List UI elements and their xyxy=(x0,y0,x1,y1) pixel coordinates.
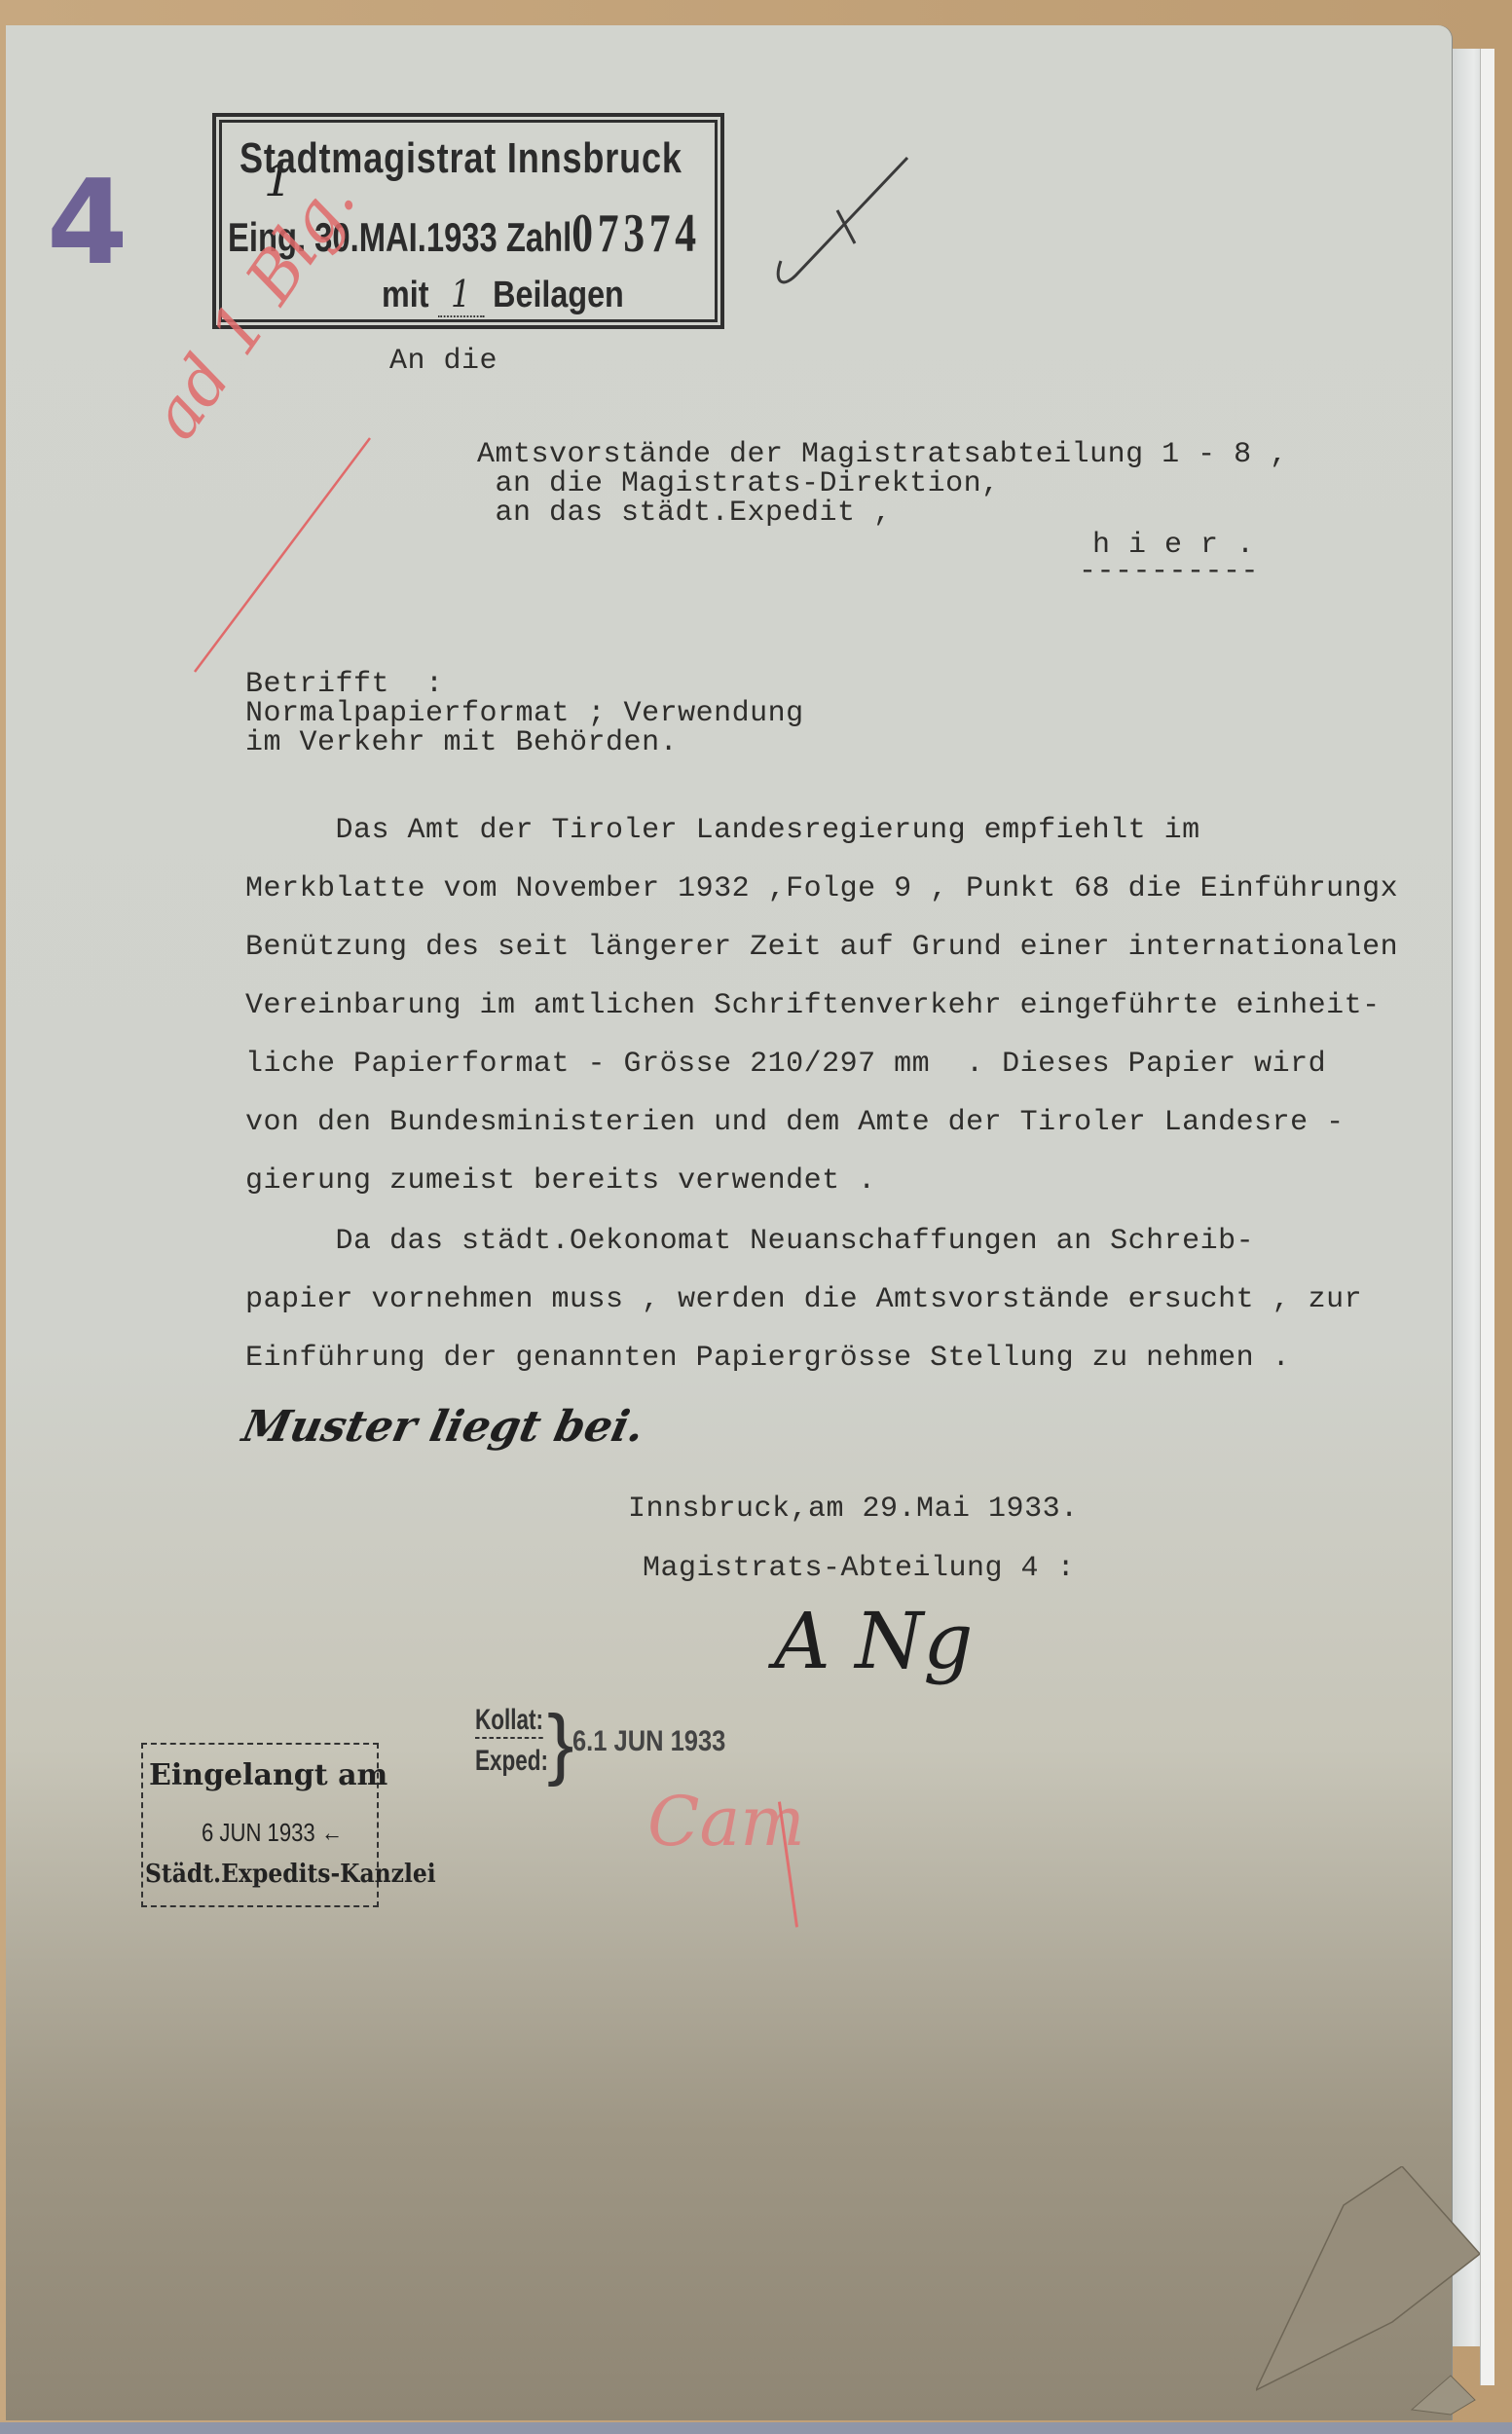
subject-line-2: im Verkehr mit Behörden. xyxy=(245,728,678,757)
body-line: Da das städt.Oekonomat Neuanschaffungen … xyxy=(245,1227,1254,1256)
body-line: gierung zumeist bereits verwendet . xyxy=(245,1166,876,1196)
folded-corner xyxy=(1256,2166,1480,2419)
addressee-line-1: Amtsvorstände der Magistratsabteilung 1 … xyxy=(477,440,1288,469)
addressee-line-3: an das städt.Expedit , xyxy=(477,498,892,528)
received-stamp-date: 6 JUN 1933 ← xyxy=(202,1818,343,1848)
underlying-sheet-edge xyxy=(1480,49,1494,2385)
body-line: Benützung des seit längerer Zeit auf Gru… xyxy=(245,933,1398,962)
addressee-line-2: an die Magistrats-Direktion, xyxy=(477,469,1000,498)
body-line: Einführung der genannten Papiergrösse St… xyxy=(245,1344,1290,1373)
location-underline: ---------- xyxy=(1079,557,1259,586)
stamp-attachments-count: 1 xyxy=(437,273,484,317)
place-date: Innsbruck,am 29.Mai 1933. xyxy=(628,1494,1079,1524)
stamp-beilagen-label: Beilagen xyxy=(493,275,624,315)
stamp-attachments-line: mit 1 Beilagen xyxy=(382,273,624,316)
body-line: Vereinbarung im amtlichen Schriftenverke… xyxy=(245,991,1381,1020)
body-line: Merkblatte vom November 1932 ,Folge 9 , … xyxy=(245,874,1398,904)
arrow-left-icon: ← xyxy=(321,1818,343,1847)
red-diagonal-line xyxy=(185,428,380,682)
body-line: Das Amt der Tiroler Landesregierung empf… xyxy=(245,816,1200,845)
table-surface xyxy=(0,2422,1512,2434)
received-stamp: Eingelangt am 6 JUN 1933 ← Städt.Expedit… xyxy=(141,1743,379,1907)
subject-label: Betrifft : xyxy=(245,670,444,699)
received-stamp-office: Städt.Expedits-Kanzlei xyxy=(145,1860,436,1889)
purple-file-number: 4 xyxy=(47,156,129,291)
subject-line-1: Normalpapierformat ; Verwendung xyxy=(245,699,804,728)
checkmark-icon xyxy=(769,136,925,292)
exped-label: Exped: xyxy=(475,1745,548,1778)
salutation: An die xyxy=(389,347,498,376)
brace-glyph: } xyxy=(547,1704,573,1784)
department: Magistrats-Abteilung 4 : xyxy=(643,1554,1075,1583)
kollat-label: Kollat: xyxy=(475,1704,543,1739)
received-stamp-title: Eingelangt am xyxy=(149,1758,387,1792)
handwritten-note: Muster liegt bei. xyxy=(239,1402,649,1452)
stamp-mit-label: mit xyxy=(382,275,428,315)
body-line: papier vornehmen muss , werden die Amtsv… xyxy=(245,1285,1362,1314)
kollat-date: 6.1 JUN 1933 xyxy=(572,1725,725,1758)
stamp-file-number: 07374 xyxy=(572,203,701,264)
body-line: liche Papierformat - Grösse 210/297 mm .… xyxy=(245,1050,1326,1079)
body-line: von den Bundesministerien und dem Amte d… xyxy=(245,1108,1345,1137)
signature: A Ng xyxy=(774,1606,973,1677)
